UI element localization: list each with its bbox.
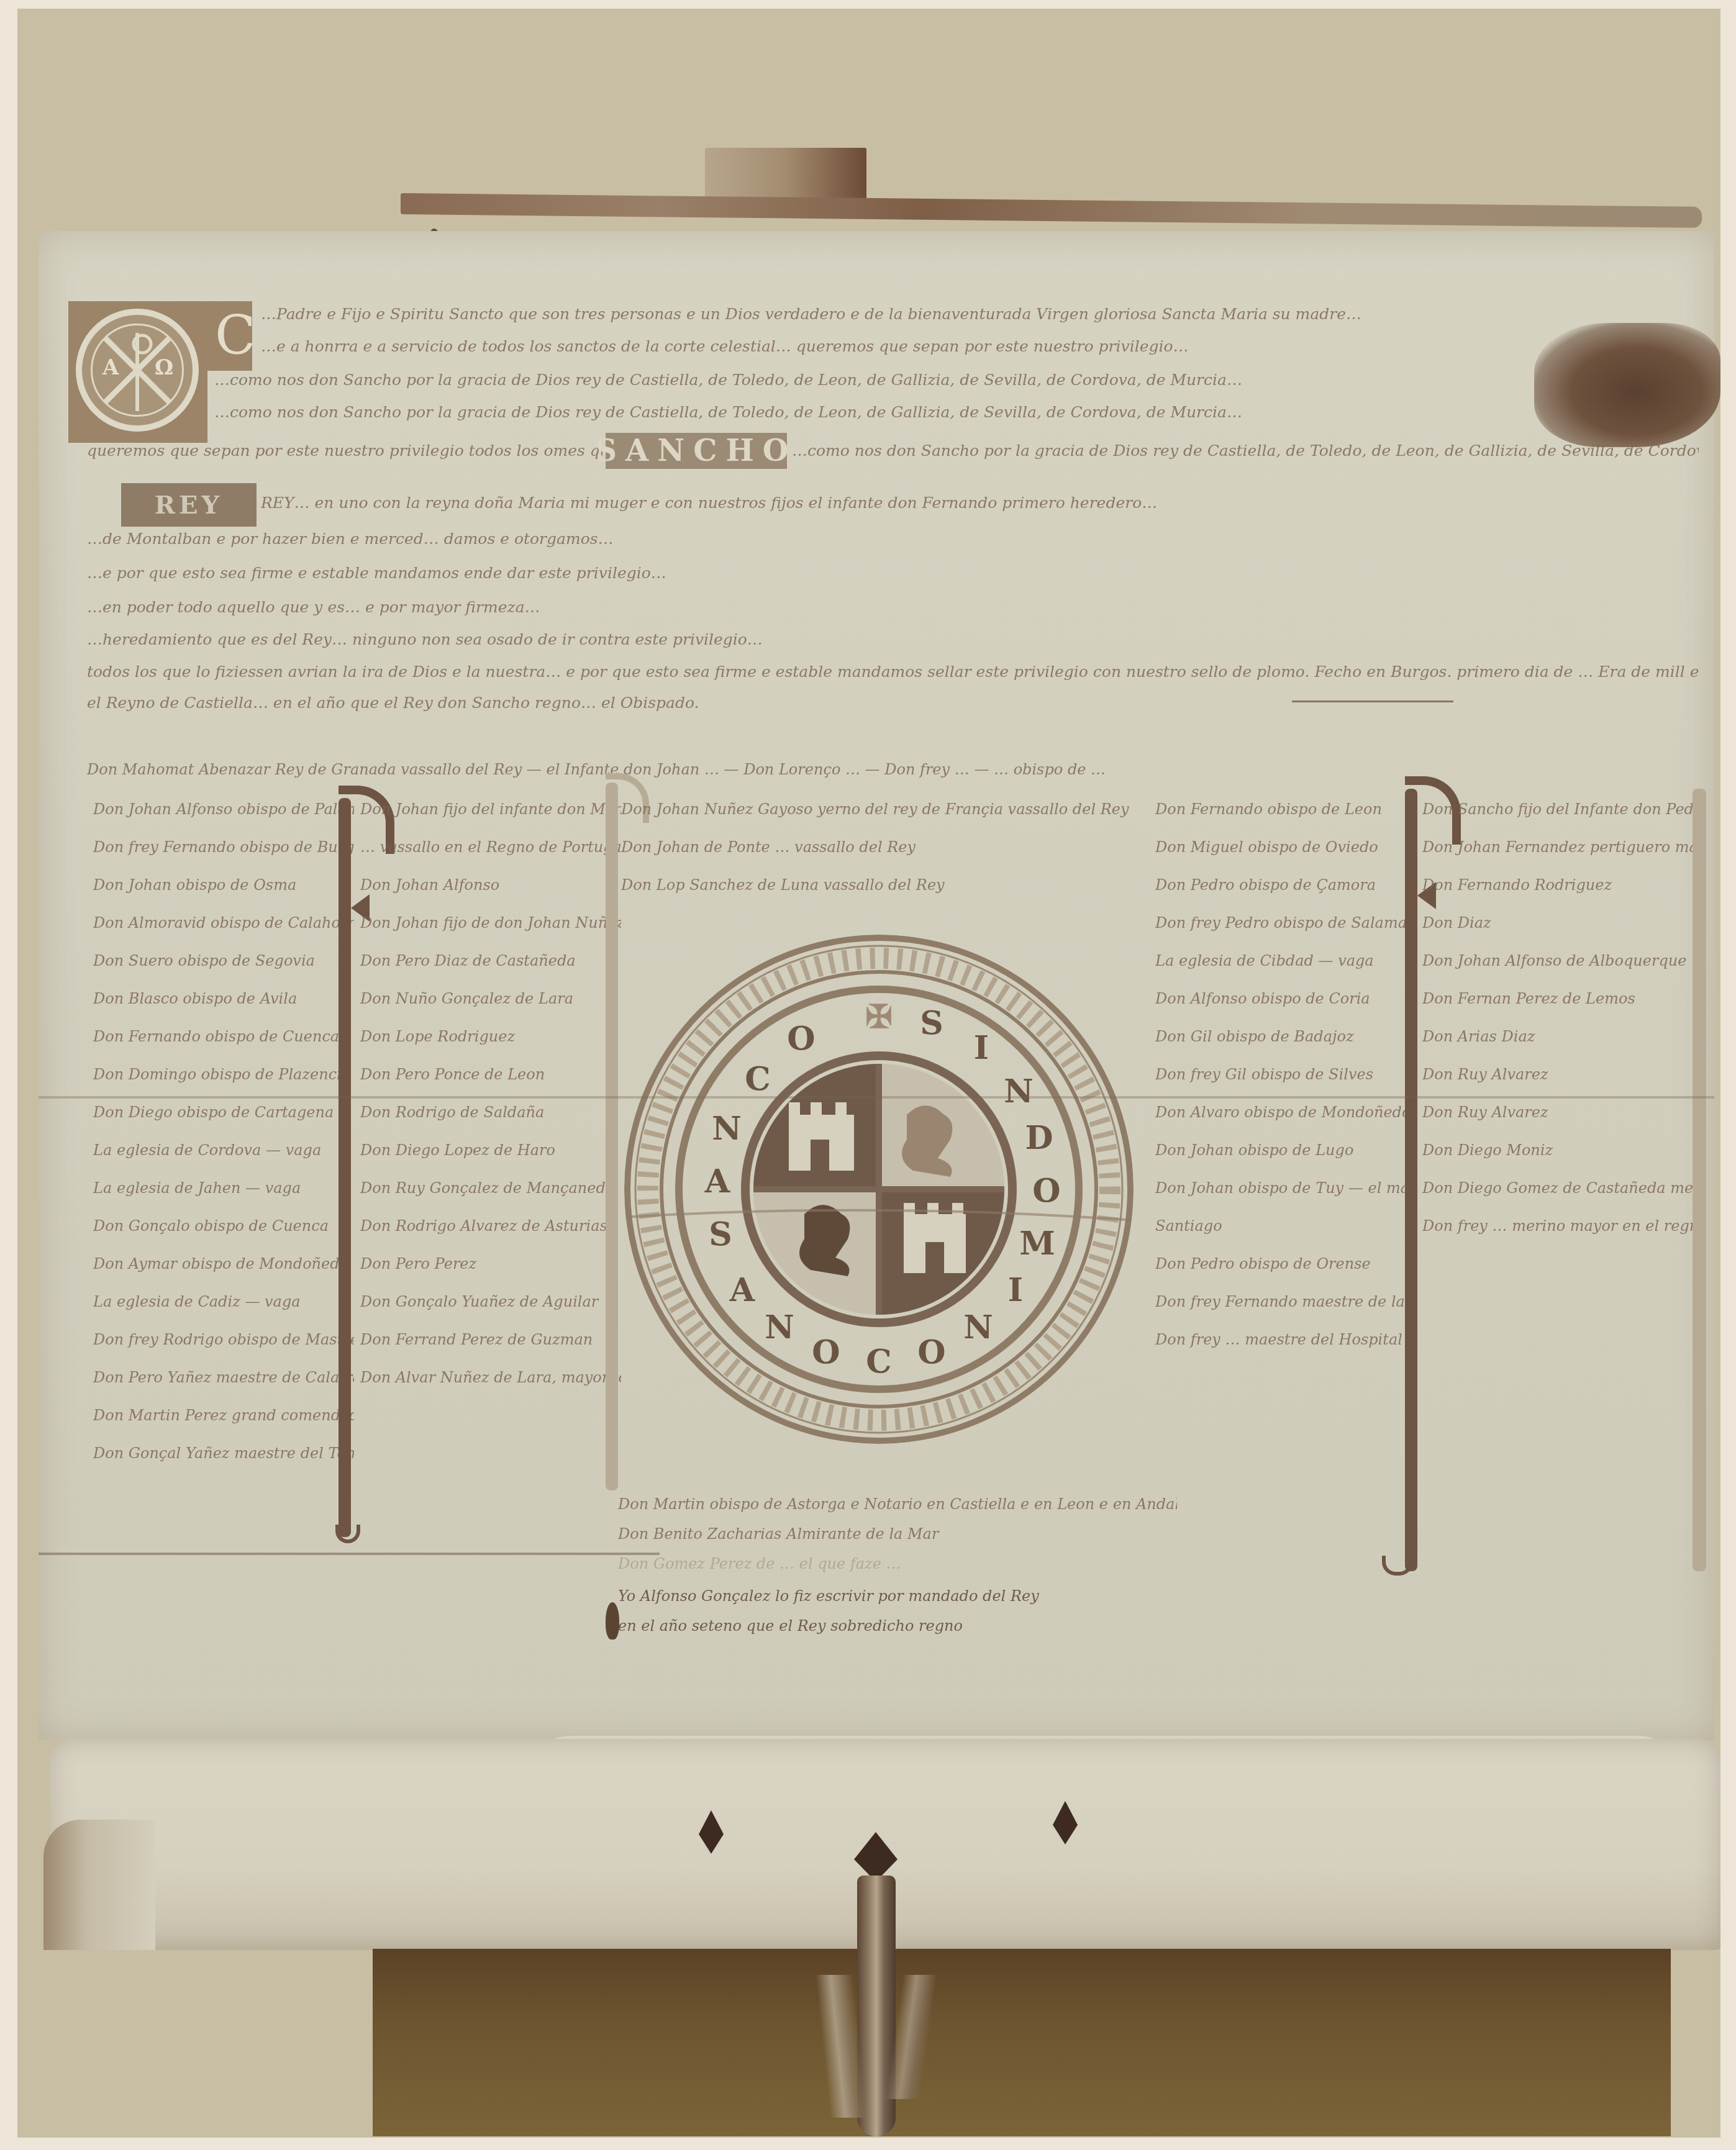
witness-center-top: Don Johan Nuñez Gayoso yerno del rey de … [621, 799, 1130, 896]
witness-entry: Don Diego Lopez de Haro [360, 1140, 621, 1161]
text-line: el Reyno de Castiella… en el año que el … [87, 692, 832, 714]
svg-text:O: O [787, 1020, 815, 1058]
witness-entry: Don Ruy Alvarez [1422, 1102, 1696, 1123]
witness-entry: Don Fernando obispo de Cuenca [93, 1026, 354, 1047]
witness-entry: Don frey Gil obispo de Silves [1155, 1064, 1416, 1085]
witness-entry: Don Arias Diaz [1422, 1026, 1696, 1047]
witness-entry: La eglesia de Jahen — vaga [93, 1177, 354, 1199]
witness-entry: Don Rodrigo Alvarez de Asturias [360, 1215, 621, 1236]
witness-header-line: Don Mahomat Abenazar Rey de Granada vass… [87, 759, 1702, 780]
witness-entry: Don Pero Ponce de Leon [360, 1064, 621, 1085]
rey-block: REY [121, 483, 257, 527]
rod-block [705, 148, 866, 204]
witness-entry: La eglesia de Cordova — vaga [93, 1140, 354, 1161]
witness-entry: Don Lop Sanchez de Luna vassallo del Rey [621, 874, 1130, 896]
text-line: …e por que esto sea firme e estable mand… [87, 562, 1702, 584]
witness-entry: Don Diego Moniz [1422, 1140, 1696, 1161]
witness-entry: Don Rodrigo de Saldaña [360, 1102, 621, 1123]
witness-entry: Don Johan Alfonso de Alboquerque [1422, 950, 1696, 971]
witness-entry: Don Fernan Perez de Lemos [1422, 988, 1696, 1009]
text-line: queremos que sepan por este nuestro priv… [87, 440, 602, 462]
text-line: …e a honrra e a servicio de todos los sa… [261, 335, 1702, 358]
witness-entry: Don frey Fernando maestre de la orden de… [1155, 1291, 1416, 1312]
witness-entry: Don Diego obispo de Cartagena [93, 1102, 354, 1123]
witness-entry: Don Johan fijo del infante don Manuel [360, 799, 621, 820]
witness-entry: Don Fernando Rodriguez [1422, 874, 1696, 896]
crozier-staff-left [339, 798, 351, 1537]
witness-entry: Don Johan de Ponte … vassallo del Rey [621, 837, 1130, 858]
witness-entry: Don Pero Yañez maestre de Calatrava [93, 1367, 354, 1388]
witness-entry: … vassallo en el Regno de Portugal [360, 837, 621, 858]
witness-entry: Don Johan obispo de Tuy — el maestre de [1155, 1177, 1416, 1199]
witness-entry: Don Ruy Gonçalez de Mançanedo [360, 1177, 621, 1199]
king-name-block: SANCHO [606, 433, 787, 469]
svg-text:C: C [866, 1343, 891, 1381]
crozier-staff-right [1405, 789, 1417, 1571]
witness-entry: Don Lope Rodriguez [360, 1026, 621, 1047]
witness-entry: Don Aymar obispo de Mondoñedo [93, 1253, 354, 1274]
witness-entry: Don Suero obispo de Segovia [93, 950, 354, 971]
text-line: …Padre e Fijo e Spiritu Sancto que son t… [261, 303, 1702, 325]
svg-text:M: M [1019, 1225, 1055, 1263]
svg-text:O: O [812, 1333, 840, 1371]
king-name: SANCHO [595, 433, 797, 468]
text-line: REY… en uno con la reyna doña Maria mi m… [261, 492, 1702, 514]
witness-entry: Don Johan obispo de Lugo [1155, 1140, 1416, 1161]
subscription-lines: Don Martin obispo de Astorga e Notario e… [618, 1494, 1177, 1636]
seal-outer-legend: EL SIGNO DEL REY DON SANCHO REY DE CASTI… [627, 1133, 1124, 1150]
text-line: …como nos don Sancho por la gracia de Di… [792, 440, 1699, 462]
witness-entry: Don frey … merino mayor en el regno de L… [1422, 1215, 1696, 1236]
witness-entry: La eglesia de Cadiz — vaga [93, 1291, 354, 1312]
svg-text:S: S [709, 1215, 732, 1253]
witness-entry: Don Miguel obispo de Oviedo [1155, 837, 1416, 858]
faint-crozier-staff [606, 782, 618, 1490]
witness-entry: Don Almoravid obispo de Calahorra [93, 912, 354, 933]
text-line: …heredamiento que es del Rey… ninguno no… [87, 628, 1702, 651]
witness-entry: Don frey Fernando obispo de Burgos [93, 837, 354, 858]
svg-text:N: N [1004, 1073, 1034, 1110]
witness-column-right-outer: Don Sancho fijo del Infante don Pedro Do… [1422, 799, 1696, 1236]
svg-text:A: A [704, 1163, 730, 1200]
dating-clause-line: todos los que lo fiziessen avrian la ira… [87, 661, 1702, 683]
witness-entry: Don Diaz [1422, 912, 1696, 933]
svg-text:N: N [765, 1309, 794, 1346]
subscription-line: Don Benito Zacharias Almirante de la Mar [618, 1523, 1177, 1544]
witness-entry: Santiago [1155, 1215, 1416, 1236]
witness-entry: Don Pero Perez [360, 1253, 621, 1274]
rule-line [1292, 701, 1453, 702]
witness-entry: Don Martin Perez grand comendador del Ho… [93, 1405, 354, 1426]
seal-cross: ✠ [865, 998, 893, 1036]
svg-text:I: I [1008, 1271, 1023, 1309]
plica-left-fold [43, 1820, 155, 1950]
witness-entry: Don Sancho fijo del Infante don Pedro [1422, 799, 1696, 820]
initial-letter: C [215, 304, 256, 366]
witness-entry: Don Pero Diaz de Castañeda [360, 950, 621, 971]
svg-text:A: A [729, 1271, 755, 1309]
witness-entry: Don Johan fijo de don Johan Nuñez [360, 912, 621, 933]
witness-column-center: Don Johan fijo del infante don Manuel … … [360, 799, 621, 1388]
text-line: …en poder todo aquello que y es… e por m… [87, 596, 1702, 619]
alpha-letter: A [102, 355, 119, 380]
rota-seal-icon: ✠ S I N D O M I N O C O N A S A N C O [624, 935, 1134, 1444]
witness-column-left: Don Johan Alfonso obispo de Palencia — c… [93, 799, 354, 1464]
witness-entry: Don Gil obispo de Badajoz [1155, 1026, 1416, 1047]
scribe-line: Yo Alfonso Gonçalez lo fiz escrivir por … [618, 1585, 1177, 1607]
witness-entry: Don Gonçalo Yuañez de Aguilar [360, 1291, 621, 1312]
svg-text:S: S [920, 1004, 943, 1042]
witness-entry: Don Gonçalo obispo de Cuenca [93, 1215, 354, 1236]
svg-text:C: C [745, 1060, 770, 1098]
witness-entry: Don Johan Alfonso obispo de Palencia — c… [93, 799, 354, 820]
witness-entry: Don Alfonso obispo de Coria [1155, 988, 1416, 1009]
subscription-line: Don Gomez Perez de … el que faze … [618, 1553, 1177, 1574]
witness-entry: Don Alvaro obispo de Mondoñedo [1155, 1102, 1416, 1123]
witness-entry: Don Blasco obispo de Avila [93, 988, 354, 1009]
scribe-line: en el año seteno que el Rey sobredicho r… [618, 1615, 1177, 1636]
svg-text:N: N [963, 1309, 993, 1346]
witness-column-right-inner: Don Fernando obispo de Leon Don Miguel o… [1155, 799, 1416, 1350]
witness-entry: Don Alvar Nuñez de Lara, mayordomo en Ca… [360, 1367, 621, 1388]
chrismon-inner-ring: A Ω [91, 324, 184, 417]
witness-entry: Don Johan Alfonso [360, 874, 621, 896]
witness-entry: Don Gonçal Yañez maestre del Temple [93, 1443, 354, 1464]
witness-entry: Don Pedro obispo de Orense [1155, 1253, 1416, 1274]
witness-entry: Don frey Rodrigo obispo de Mastrench [93, 1329, 354, 1350]
fold-crease [39, 1553, 660, 1555]
witness-entry: Don frey … maestre del Hospital [1155, 1329, 1416, 1350]
witness-entry: La eglesia de Cibdad — vaga [1155, 950, 1416, 971]
mount-strip [373, 1949, 1671, 2136]
omega-letter: Ω [155, 355, 173, 380]
text-line: …de Montalban e por hazer bien e merced…… [87, 528, 1702, 550]
subscription-line: Don Martin obispo de Astorga e Notario e… [618, 1494, 1177, 1515]
witness-entry: Don frey Pedro obispo de Salamanca [1155, 912, 1416, 933]
fold-crease [39, 1096, 1714, 1099]
faint-crozier-staff-right [1693, 789, 1706, 1571]
witness-entry: Don Johan obispo de Osma [93, 874, 354, 896]
text-line: …como nos don Sancho por la gracia de Di… [214, 401, 1699, 424]
witness-entry: Don Fernando obispo de Leon [1155, 799, 1416, 820]
svg-text:O: O [1032, 1172, 1060, 1210]
svg-text:O: O [917, 1333, 945, 1371]
rey-word: REY [155, 491, 223, 520]
witness-entry: Don Domingo obispo de Plazencia [93, 1064, 354, 1085]
witness-entry: Don Ruy Alvarez [1422, 1064, 1696, 1085]
witness-entry: Don Diego Gomez de Castañeda merino en e… [1422, 1177, 1696, 1199]
witness-entry: Don Ferrand Perez de Guzman [360, 1329, 621, 1350]
witness-entry: Don Johan Fernandez pertiguero mayor en … [1422, 837, 1696, 858]
witness-entry: Don Nuño Gonçalez de Lara [360, 988, 621, 1009]
witness-entry: Don Pedro obispo de Çamora [1155, 874, 1416, 896]
witness-entry: Don Johan Nuñez Gayoso yerno del rey de … [621, 799, 1130, 820]
ink-blot [606, 1602, 619, 1640]
text-line: …como nos don Sancho por la gracia de Di… [214, 369, 1699, 391]
svg-text:I: I [974, 1029, 989, 1067]
